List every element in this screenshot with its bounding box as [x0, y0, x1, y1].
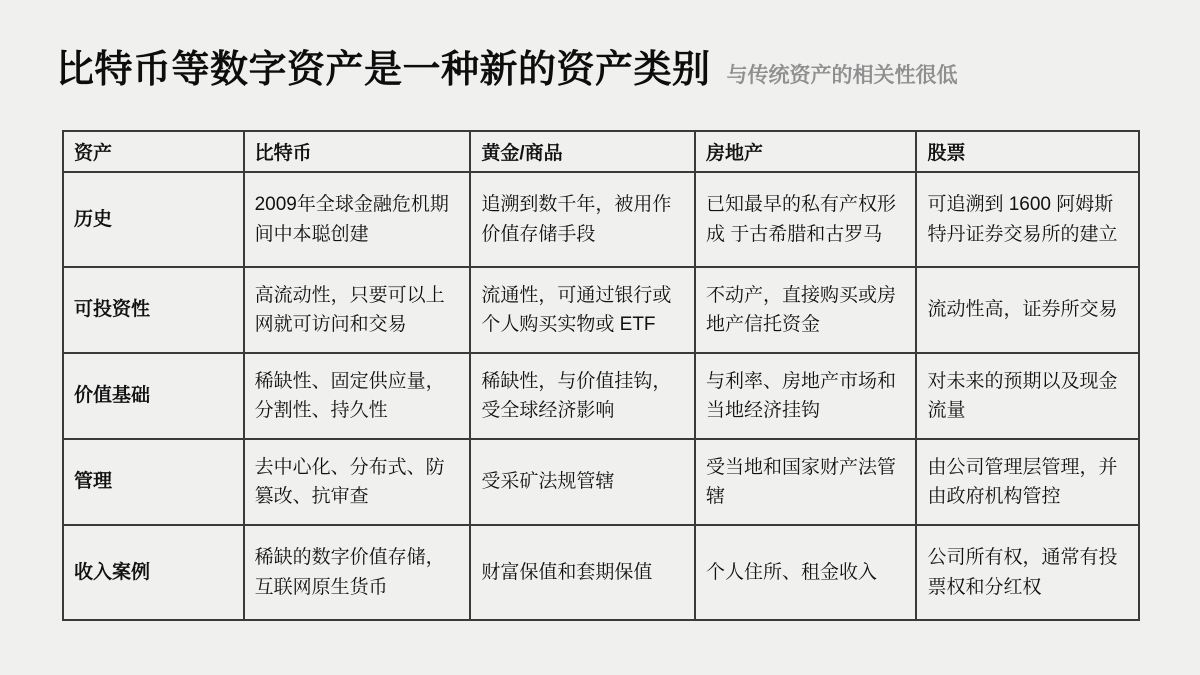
table-cell: 个人住所、租金收入 — [695, 525, 916, 620]
table-cell: 由公司管理层管理，并由政府机构管控 — [916, 439, 1139, 525]
column-header-3: 房地产 — [695, 131, 916, 172]
row-label: 可投资性 — [63, 267, 244, 353]
page-title: 比特币等数字资产是一种新的资产类别 — [56, 38, 711, 93]
table-cell: 去中心化、分布式、防篡改、抗审查 — [244, 439, 471, 525]
table-cell: 稀缺性，与价值挂钩，受全球经济影响 — [470, 353, 695, 439]
column-header-1: 比特币 — [244, 131, 471, 172]
table-cell: 公司所有权，通常有投票权和分红权 — [916, 525, 1139, 620]
table-cell: 2009年全球金融危机期间中本聪创建 — [244, 172, 471, 267]
table-row: 价值基础稀缺性、固定供应量，分割性、持久性稀缺性，与价值挂钩，受全球经济影响与利… — [63, 353, 1139, 439]
slide-header: 比特币等数字资产是一种新的资产类别 与传统资产的相关性很低 — [56, 38, 958, 93]
table-row: 管理去中心化、分布式、防篡改、抗审查受采矿法规管辖受当地和国家财产法管辖由公司管… — [63, 439, 1139, 525]
table-cell: 流动性高，证券所交易 — [916, 267, 1139, 353]
table-row: 收入案例稀缺的数字价值存储，互联网原生货币财富保值和套期保值个人住所、租金收入公… — [63, 525, 1139, 620]
table-cell: 稀缺性、固定供应量，分割性、持久性 — [244, 353, 471, 439]
table-cell: 追溯到数千年，被用作价值存储手段 — [470, 172, 695, 267]
slide: 比特币等数字资产是一种新的资产类别 与传统资产的相关性很低 资产比特币黄金/商品… — [0, 0, 1200, 675]
page-subtitle: 与传统资产的相关性很低 — [727, 59, 958, 89]
column-header-4: 股票 — [916, 131, 1139, 172]
table-cell: 与利率、房地产市场和当地经济挂钩 — [695, 353, 916, 439]
table-cell: 财富保值和套期保值 — [470, 525, 695, 620]
table-cell: 不动产，直接购买或房地产信托资金 — [695, 267, 916, 353]
table-cell: 对未来的预期以及现金流量 — [916, 353, 1139, 439]
row-label: 管理 — [63, 439, 244, 525]
table-row: 历史2009年全球金融危机期间中本聪创建追溯到数千年，被用作价值存储手段已知最早… — [63, 172, 1139, 267]
asset-comparison-table: 资产比特币黄金/商品房地产股票 历史2009年全球金融危机期间中本聪创建追溯到数… — [62, 130, 1140, 621]
column-header-2: 黄金/商品 — [470, 131, 695, 172]
table-cell: 稀缺的数字价值存储，互联网原生货币 — [244, 525, 471, 620]
table-cell: 受当地和国家财产法管辖 — [695, 439, 916, 525]
table-body: 历史2009年全球金融危机期间中本聪创建追溯到数千年，被用作价值存储手段已知最早… — [63, 172, 1139, 620]
table-cell: 高流动性，只要可以上网就可访问和交易 — [244, 267, 471, 353]
row-label: 历史 — [63, 172, 244, 267]
table-cell: 可追溯到 1600 阿姆斯特丹证券交易所的建立 — [916, 172, 1139, 267]
table-cell: 流通性，可通过银行或个人购买实物或 ETF — [470, 267, 695, 353]
table-cell: 已知最早的私有产权形成 于古希腊和古罗马 — [695, 172, 916, 267]
row-label: 价值基础 — [63, 353, 244, 439]
table-row: 可投资性高流动性，只要可以上网就可访问和交易流通性，可通过银行或个人购买实物或 … — [63, 267, 1139, 353]
row-label: 收入案例 — [63, 525, 244, 620]
column-header-0: 资产 — [63, 131, 244, 172]
table-header-row: 资产比特币黄金/商品房地产股票 — [63, 131, 1139, 172]
table-cell: 受采矿法规管辖 — [470, 439, 695, 525]
